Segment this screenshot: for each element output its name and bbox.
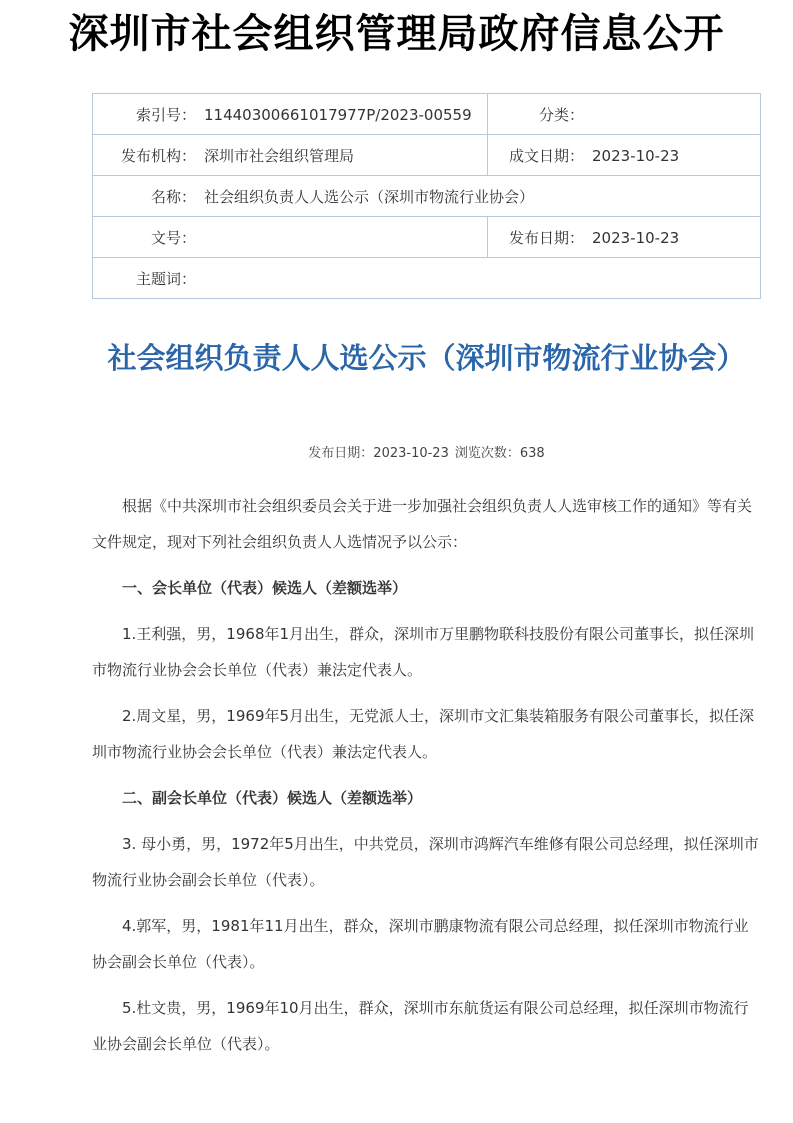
view-count-info: 浏览次数：638 [455,446,545,461]
category-cell: 分类： [488,94,761,135]
index-label: 索引号： [93,104,196,125]
meta-row-keywords: 主题词： [93,258,761,299]
section-heading-president: 一、会长单位（代表）候选人（差额选举） [92,570,761,606]
candidate-paragraph: 3. 母小勇，男，1972年5月出生，中共党员，深圳市鸿辉汽车维修有限公司总经理… [92,826,761,898]
info-metadata-table: 索引号：11440300661017977P/2023-00559 分类： 发布… [92,93,761,299]
keywords-cell: 主题词： [93,258,761,299]
index-cell: 索引号：11440300661017977P/2023-00559 [93,94,488,135]
index-value: 11440300661017977P/2023-00559 [196,106,472,124]
meta-row-index: 索引号：11440300661017977P/2023-00559 分类： [93,94,761,135]
keywords-label: 主题词： [93,268,196,289]
created-date-cell: 成文日期：2023-10-23 [488,135,761,176]
name-cell: 名称：社会组织负责人人选公示（深圳市物流行业协会） [93,176,761,217]
meta-row-docno: 文号： 发布日期：2023-10-23 [93,217,761,258]
category-label: 分类： [488,104,584,125]
docno-cell: 文号： [93,217,488,258]
publisher-cell: 发布机构：深圳市社会组织管理局 [93,135,488,176]
publish-date-info: 发布日期：2023-10-23 [308,446,449,461]
meta-row-name: 名称：社会组织负责人人选公示（深圳市物流行业协会） [93,176,761,217]
publisher-label: 发布机构： [93,145,196,166]
created-date-value: 2023-10-23 [584,147,679,165]
name-label: 名称： [93,186,196,207]
candidate-paragraph: 2.周文星，男，1969年5月出生，无党派人士，深圳市文汇集装箱服务有限公司董事… [92,698,761,770]
meta-row-publisher: 发布机构：深圳市社会组织管理局 成文日期：2023-10-23 [93,135,761,176]
published-date-value: 2023-10-23 [584,229,679,247]
published-date-cell: 发布日期：2023-10-23 [488,217,761,258]
article-meta: 发布日期：2023-10-23浏览次数：638 [92,442,761,461]
site-title: 深圳市社会组织管理局政府信息公开 [0,8,793,60]
publisher-value: 深圳市社会组织管理局 [196,145,354,166]
article-title: 社会组织负责人人选公示（深圳市物流行业协会） [92,336,761,380]
published-date-label: 发布日期： [488,227,584,248]
article-body: 根据《中共深圳市社会组织委员会关于进一步加强社会组织负责人人选审核工作的通知》等… [92,488,761,1072]
section-heading-vice-president: 二、副会长单位（代表）候选人（差额选举） [92,780,761,816]
docno-label: 文号： [93,227,196,248]
created-date-label: 成文日期： [488,145,584,166]
candidate-paragraph: 5.杜文贵，男，1969年10月出生，群众，深圳市东航货运有限公司总经理，拟任深… [92,990,761,1062]
candidate-paragraph: 1.王利强，男，1968年1月出生，群众，深圳市万里鹏物联科技股份有限公司董事长… [92,616,761,688]
candidate-paragraph: 4.郭军，男，1981年11月出生，群众，深圳市鹏康物流有限公司总经理，拟任深圳… [92,908,761,980]
name-value: 社会组织负责人人选公示（深圳市物流行业协会） [196,186,534,207]
intro-paragraph: 根据《中共深圳市社会组织委员会关于进一步加强社会组织负责人人选审核工作的通知》等… [92,488,761,560]
